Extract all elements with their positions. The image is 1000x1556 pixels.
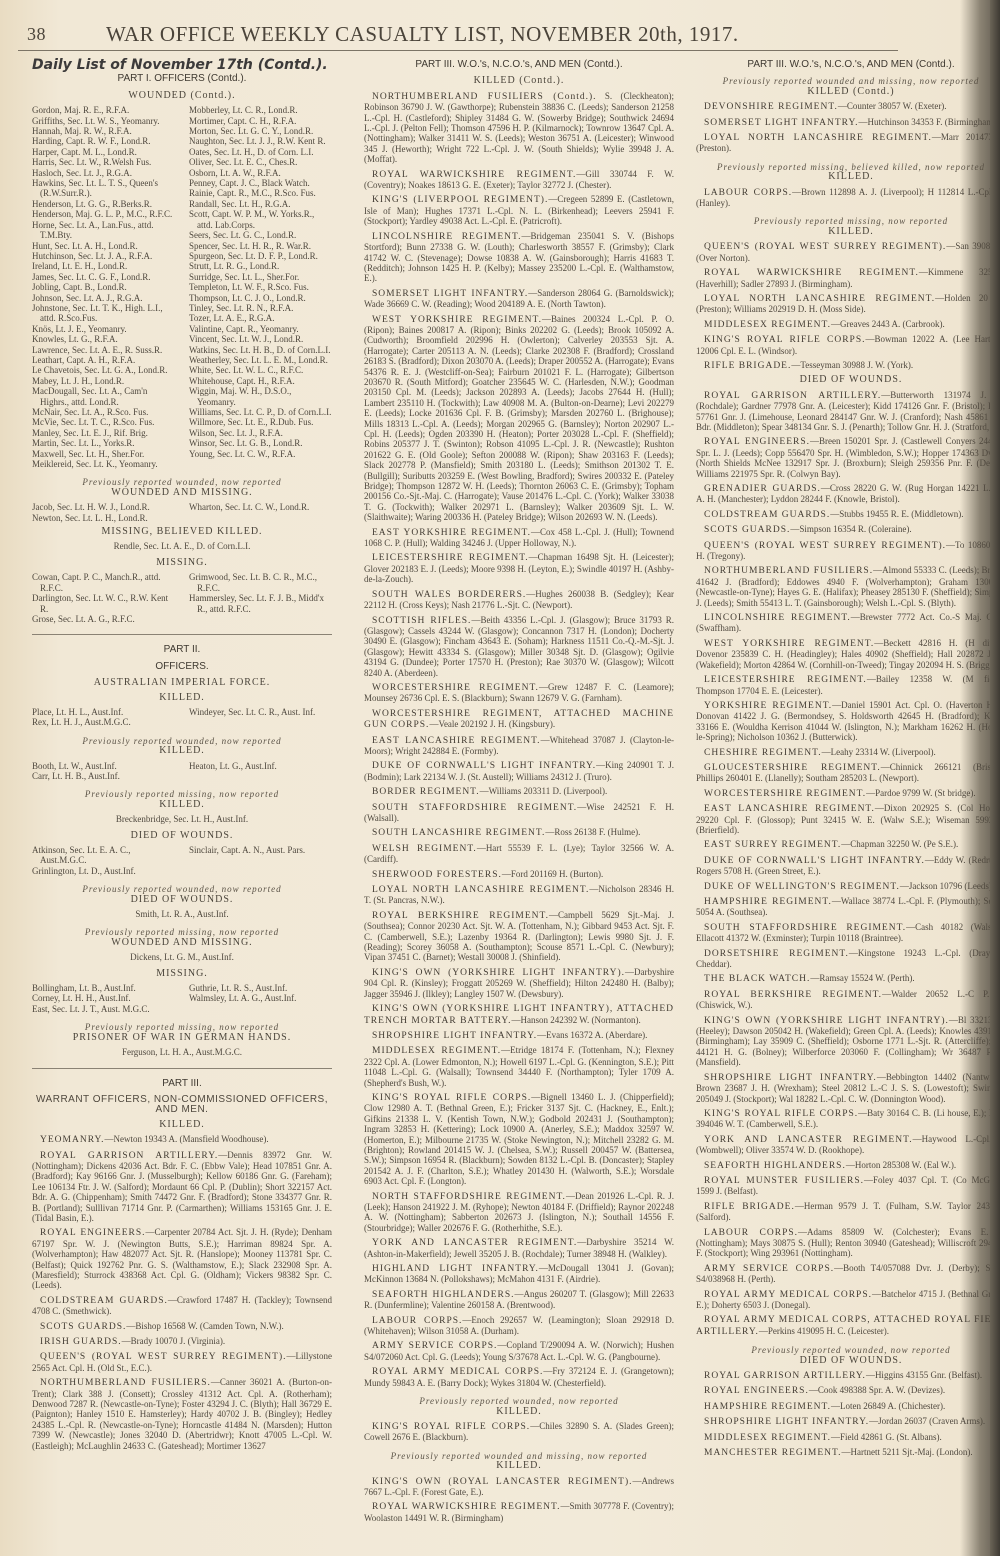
- name-list: Grimwood, Sec. Lt. B. C. R., M.C., R.F.C…: [189, 572, 332, 624]
- regiment-name: YORKSHIRE REGIMENT.: [704, 701, 832, 711]
- regiment-name: HIGHLAND LIGHT INFANTRY.: [372, 1264, 539, 1274]
- regiment-name: WORCESTERSHIRE REGIMENT.: [704, 789, 866, 799]
- casualty-name: Harris, Sec. Lt. W., R.Welsh Fus.: [32, 157, 175, 167]
- regiment-name: GRENADIER GUARDS.: [704, 484, 821, 494]
- killed-heading: KILLED.: [32, 1120, 332, 1130]
- regiment-entry: MIDDLESEX REGIMENT.—Greaves 2443 A. (Car…: [696, 319, 1000, 330]
- regiment-name: ROYAL ARMY MEDICAL CORPS.: [704, 1290, 872, 1300]
- regiment-name: ARMY SERVICE CORPS.: [372, 1341, 497, 1351]
- casualty-name: Booth, Lt. W., Aust.Inf.: [32, 761, 175, 771]
- name-list: Booth, Lt. W., Aust.Inf.Carr, Lt. H. B.,…: [32, 761, 175, 782]
- casualty-name: McNair, Sec. Lt. A., R.Sco. Fus.: [32, 407, 175, 417]
- killed-heading: KILLED.: [696, 172, 1000, 182]
- regiment-name: SEAFORTH HIGHLANDERS.: [372, 1290, 515, 1300]
- regiment-name: BORDER REGIMENT.: [372, 787, 480, 797]
- casualty-name: Atkinson, Sec. Lt. E. A. C., Aust.M.G.C.: [32, 845, 175, 866]
- casualty-details: —Hanson 242392 W. (Normanton).: [511, 1015, 640, 1025]
- regiment-name: DEVONSHIRE REGIMENT.: [704, 102, 838, 112]
- casualty-name: Rainie, Capt. R., M.C., R.Sco. Fus.: [189, 188, 332, 198]
- prev-wounded-killed-list: Booth, Lt. W., Aust.Inf.Carr, Lt. H. B.,…: [32, 761, 332, 782]
- regiment-name: SCOTS GUARDS.: [40, 1322, 126, 1332]
- casualty-name: Penney, Capt. J. C., Black Watch.: [189, 178, 332, 188]
- casualty-details: —Evans 16372 A. (Aberdare).: [537, 1030, 647, 1040]
- name-list: Windeyer, Sec. Lt. C. R., Aust. Inf.: [189, 707, 332, 728]
- casualty-details: —Perkins 419095 H. C. (Leicester).: [759, 1326, 889, 1336]
- regiment-entry: KING'S OWN (YORKSHIRE LIGHT INFANTRY).—B…: [696, 1015, 1000, 1068]
- regiment-entry: LINCOLNSHIRE REGIMENT.—Brewster 7772 Act…: [696, 612, 1000, 634]
- casualty-name: Mortimer, Capt. C. H., R.F.A.: [189, 116, 332, 126]
- casualty-details: S. (Cleckheaton); Robinson 36790 J. W. (…: [364, 91, 674, 164]
- regiment-entry: EAST SURREY REGIMENT.—Chapman 32250 W. (…: [696, 839, 1000, 850]
- regiment-name: WEST YORKSHIRE REGIMENT.: [704, 639, 874, 649]
- header-rule: [18, 50, 898, 51]
- regiment-entry: KING'S ROYAL RIFLE CORPS.—Baty 30164 C. …: [696, 1108, 1000, 1130]
- casualty-name: Guthrie, Lt. R. S., Aust.Inf.: [189, 983, 332, 993]
- regiment-entry: SHROPSHIRE LIGHT INFANTRY.—Evans 16372 A…: [364, 1030, 674, 1041]
- regiment-entry: BORDER REGIMENT.—Williams 203311 D. (Liv…: [364, 786, 674, 797]
- regiment-entry: WORCESTERSHIRE REGIMENT, ATTACHED MACHIN…: [364, 708, 674, 731]
- regiment-entry: LEICESTERSHIRE REGIMENT.—Chapman 16498 S…: [364, 552, 674, 584]
- regiment-entry: LINCOLNSHIRE REGIMENT.—Bridgeman 235041 …: [364, 231, 674, 284]
- regiment-name: SHERWOOD FORESTERS.: [372, 870, 502, 880]
- regiment-entry: SCOTTISH RIFLES.—Beith 43356 L.-Cpl. J. …: [364, 615, 674, 678]
- regiment-entry: YORK AND LANCASTER REGIMENT.—Haywood L.-…: [696, 1134, 1000, 1156]
- casualty-name: Johnstone, Sec. Lt. T. K., High. L.I., a…: [32, 303, 175, 324]
- casualty-details: —Jackson 10796 (Leeds).: [900, 881, 994, 891]
- name-list: Guthrie, Lt. R. S., Aust.Inf.Walmsley, L…: [189, 983, 332, 1014]
- casualty-name: Gordon, Maj. R. E., R.F.A.: [32, 105, 175, 115]
- regiment-name: YORK AND LANCASTER REGIMENT.: [704, 1135, 913, 1145]
- regiment-name: ROYAL WARWICKSHIRE REGIMENT.: [372, 1502, 560, 1512]
- casualty-name: Tinley, Sec. Lt. R. N., R.F.A.: [189, 303, 332, 313]
- casualty-name: Newton, Sec. Lt. L. H., Lond.R.: [32, 513, 175, 523]
- regiment-entry: ROYAL ARMY MEDICAL CORPS.—Batchelor 4715…: [696, 1289, 1000, 1311]
- casualty-details: —Greaves 2443 A. (Carbrook).: [831, 319, 945, 329]
- regiment-name: ROYAL WARWICKSHIRE REGIMENT.: [704, 268, 919, 278]
- casualty-name: Carr, Lt. H. B., Aust.Inf.: [32, 771, 175, 781]
- regiment-entry: MANCHESTER REGIMENT.—Hartnett 5211 Sjt.-…: [696, 1447, 1000, 1458]
- casualty-name: Oates, Sec. Lt. H., D. of Corn. L.I.: [189, 147, 332, 157]
- name-list: Cowan, Capt. P. C., Manch.R., attd. R.F.…: [32, 572, 175, 624]
- casualty-details: —Pardoe 9799 W. (St bridge).: [866, 788, 976, 798]
- regiment-name: KING'S ROYAL RIFLE CORPS.: [704, 1109, 858, 1119]
- casualty-name: Thompson, Lt. C. J. O., Lond.R.: [189, 293, 332, 303]
- pow-heading: PRISONER OF WAR IN GERMAN HANDS.: [32, 1033, 332, 1043]
- regiment-entry: HAMPSHIRE REGIMENT.—Loten 26849 A. (Chic…: [696, 1401, 1000, 1412]
- right-column: PART III. W.O.'s, N.C.O.'s, AND MEN (Con…: [696, 58, 1000, 1462]
- casualty-name: Naughton, Sec. Lt. J. J., R.W. Kent R.: [189, 136, 332, 146]
- casualty-name: Spurgeon, Sec. Lt. D. F. P., Lond.R.: [189, 251, 332, 261]
- regiment-entry: KING'S OWN (YORKSHIRE LIGHT INFANTRY).—D…: [364, 967, 674, 999]
- killed-heading: KILLED.: [32, 746, 332, 756]
- casualty-name: Rex, Lt. H. J., Aust.M.G.C.: [32, 717, 175, 727]
- wounded-list: Gordon, Maj. R. E., R.F.A.Griffiths, Sec…: [32, 105, 332, 469]
- casualty-details: —Hartnett 5211 Sjt.-Maj. (London).: [842, 1447, 973, 1457]
- killed-contd-heading: KILLED (Contd.).: [364, 76, 674, 86]
- regiment-entry: IRISH GUARDS.—Brady 10070 J. (Virginia).: [32, 1336, 332, 1347]
- regiment-name: NORTHUMBERLAND FUSILIERS.: [704, 566, 873, 576]
- casualty-details: —Dennis 83972 Gnr. W. (Nottingham); Dick…: [32, 1150, 332, 1223]
- name-list: Place, Lt. H. L., Aust.Inf.Rex, Lt. H. J…: [32, 707, 175, 728]
- casualty-details: —Counter 38057 W. (Exeter).: [838, 101, 947, 111]
- regiment-entry: ROYAL GARRISON ARTILLERY.—Higgins 43155 …: [696, 1370, 1000, 1381]
- regiment-name: MIDDLESEX REGIMENT.: [372, 1046, 501, 1056]
- killed-heading: KILLED.: [696, 227, 1000, 237]
- regiment-name: QUEEN'S (ROYAL WEST SURREY REGIMENT).: [40, 1352, 287, 1362]
- regiment-name: LABOUR CORPS.: [704, 1228, 798, 1238]
- regiment-entries: YEOMANRY.—Newton 19343 A. (Mansfield Woo…: [32, 1134, 332, 1451]
- casualty-details: —Cook 498388 Spr. A. W. (Devizes).: [809, 1385, 945, 1395]
- casualty-name: Weatherley, Sec. Lt. L. E. M., Lond.R.: [189, 355, 332, 365]
- regiment-entry: CHESHIRE REGIMENT.—Leahy 23314 W. (Liver…: [696, 747, 1000, 758]
- killed-heading: KILLED.: [32, 693, 332, 703]
- regiment-entry: ROYAL WARWICKSHIRE REGIMENT.—Gill 330744…: [364, 169, 674, 191]
- killed-heading: KILLED.: [32, 800, 332, 810]
- regiment-entry: KING'S OWN (ROYAL LANCASTER REGIMENT).—A…: [364, 1476, 674, 1498]
- section-rule: [32, 634, 332, 635]
- regiment-entry: SCOTS GUARDS.—Bishop 16568 W. (Camden To…: [32, 1321, 332, 1332]
- casualty-details: —Field 42861 G. (St. Albans).: [831, 1432, 942, 1442]
- regiment-name: NORTHUMBERLAND FUSILIERS.: [40, 1378, 211, 1388]
- regiment-name: DUKE OF CORNWALL'S LIGHT INFANTRY.: [704, 856, 925, 866]
- middle-column: PART III. W.O.'s, N.C.O.'s, AND MEN (Con…: [364, 58, 674, 1527]
- regiment-name: RIFLE BRIGADE.: [704, 361, 791, 371]
- regiment-name: THE BLACK WATCH.: [704, 974, 810, 984]
- killed-heading: KILLED.: [364, 1407, 674, 1417]
- regiment-entry: ROYAL BERKSHIRE REGIMENT.—Walder 20652 L…: [696, 989, 1000, 1011]
- regiment-entry: EAST LANCASHIRE REGIMENT.—Dixon 202925 S…: [696, 803, 1000, 835]
- casualty-name: Vincent, Sec. Lt. W. J., Lond.R.: [189, 334, 332, 344]
- part1-title: PART I. OFFICERS (Contd.).: [32, 74, 332, 84]
- casualty-name: Henderson, Maj. G. L. P., M.C., R.F.C.: [32, 209, 175, 219]
- regiment-entry: GRENADIER GUARDS.—Cross 28220 G. W. (Rug…: [696, 483, 1000, 505]
- regiment-entry: SOUTH STAFFORDSHIRE REGIMENT.—Wise 24252…: [364, 802, 674, 824]
- casualty-details: —Jordan 26037 (Craven Arms).: [869, 1416, 985, 1426]
- died-of-wounds-heading: DIED OF WOUNDS.: [32, 831, 332, 841]
- regiment-name: LINCOLNSHIRE REGIMENT.: [704, 613, 851, 623]
- regiment-name: QUEEN'S (ROYAL WEST SURREY REGIMENT).: [704, 541, 946, 551]
- regiment-entry: NORTH STAFFORDSHIRE REGIMENT.—Dean 20192…: [364, 1191, 674, 1234]
- regiment-name: LEICESTERSHIRE REGIMENT.: [704, 675, 867, 685]
- casualty-name: Wiggin, Maj. W. H., D.S.O., Yeomanry.: [189, 386, 332, 407]
- casualty-name: MacDougall, Sec. Lt. A., Cam'n Highrs., …: [32, 386, 175, 407]
- casualty-name: Mabey, Lt. J. H., Lond.R.: [32, 376, 175, 386]
- regiment-entries: KING'S OWN (ROYAL LANCASTER REGIMENT).—A…: [364, 1476, 674, 1524]
- casualty-details: —Stubbs 19455 R. E. (Middletown).: [830, 509, 963, 519]
- regiment-name: ROYAL ENGINEERS.: [704, 1386, 809, 1396]
- regiment-entry: ROYAL BERKSHIRE REGIMENT.—Campbell 5629 …: [364, 910, 674, 963]
- casualty-name: Surridge, Sec. Lt. L., Sher.For.: [189, 272, 332, 282]
- regiment-entry: ROYAL ENGINEERS.—Carpenter 20784 Act. Sj…: [32, 1227, 332, 1290]
- regiment-entry: RIFLE BRIGADE.—Herman 9579 J. T. (Fulham…: [696, 1201, 1000, 1223]
- casualty-name: Place, Lt. H. L., Aust.Inf.: [32, 707, 175, 717]
- wounded-heading: WOUNDED (Contd.).: [32, 91, 332, 101]
- casualty-name: Ireland, Lt. E. H., Lond.R.: [32, 261, 175, 271]
- casualty-name: Knowles, Lt. G., R.F.A.: [32, 334, 175, 344]
- part3-title: PART III.: [32, 1079, 332, 1089]
- regiment-entry: COLDSTREAM GUARDS.—Stubbs 19455 R. E. (M…: [696, 509, 1000, 520]
- part3-contd-title: PART III. W.O.'s, N.C.O.'s, AND MEN (Con…: [364, 60, 674, 70]
- regiment-entry: WORCESTERSHIRE REGIMENT.—Pardoe 9799 W. …: [696, 788, 1000, 799]
- casualty-name: Jobling, Capt. B., Lond.R.: [32, 282, 175, 292]
- missing-list: Cowan, Capt. P. C., Manch.R., attd. R.F.…: [32, 572, 332, 624]
- casualty-details: —Leahy 23314 W. (Liverpool).: [822, 747, 936, 757]
- casualty-name: Morton, Sec. Lt. G. C. Y., Lond.R.: [189, 126, 332, 136]
- regiment-entry: ARMY SERVICE CORPS.—Copland T/290094 A. …: [364, 1340, 674, 1362]
- casualty-name: Osborn, Lt. A. W., R.F.A.: [189, 168, 332, 178]
- casualty-details: —Canner 36021 A. (Burton-on-Trent); Clar…: [32, 1377, 332, 1450]
- regiment-name: YEOMANRY.: [40, 1135, 105, 1145]
- died-of-wounds-heading: DIED OF WOUNDS.: [696, 1356, 1000, 1366]
- casualty-name: James, Sec. Lt. C. G. F., Lond.R.: [32, 272, 175, 282]
- regiment-name: HAMPSHIRE REGIMENT.: [704, 1402, 831, 1412]
- casualty-name: Grimwood, Sec. Lt. B. C. R., M.C., R.F.C…: [189, 572, 332, 593]
- regiment-entries: ROYAL GARRISON ARTILLERY.—Higgins 43155 …: [696, 1370, 1000, 1458]
- missing-heading: MISSING.: [32, 969, 332, 979]
- casualty-name: Bollingham, Lt. B., Aust.Inf.: [32, 983, 175, 993]
- casualty-details: —Loten 26849 A. (Chichester).: [831, 1401, 945, 1411]
- casualty-name: Hannah, Maj. R. W., R.F.A.: [32, 126, 175, 136]
- regiment-name: KING'S ROYAL RIFLE CORPS.: [372, 1422, 530, 1432]
- wounded-missing-list: Jacob, Sec. Lt. H. W. J., Lond.R.Newton,…: [32, 502, 332, 523]
- regiment-name: EAST LANCASHIRE REGIMENT.: [704, 804, 875, 814]
- regiment-entry: HIGHLAND LIGHT INFANTRY.—McDougall 13041…: [364, 1263, 674, 1285]
- regiment-entry: EAST LANCASHIRE REGIMENT.—Whitehead 3708…: [364, 735, 674, 757]
- regiment-entry: ROYAL ENGINEERS.—Breen 150201 Spr. J. (C…: [696, 436, 1000, 479]
- wounded-missing-heading: WOUNDED AND MISSING.: [32, 488, 332, 498]
- regiment-name: LEICESTERSHIRE REGIMENT.: [372, 553, 529, 563]
- name-list: Sinclair, Capt. A. N., Aust. Pars.: [189, 845, 332, 876]
- regiment-entry: ROYAL ARMY MEDICAL CORPS.—Fry 372124 E. …: [364, 1366, 674, 1388]
- casualty-name: Harper, Capt. M. L., Lond.R.: [32, 147, 175, 157]
- regiment-entry: LOYAL NORTH LANCASHIRE REGIMENT.—Marr 20…: [696, 132, 1000, 154]
- casualty-name: Hammersley, Sec. Lt. F. J. B., Midd'x R.…: [189, 593, 332, 614]
- part3-contd-title: PART III. W.O.'s, N.C.O.'s, AND MEN (Con…: [696, 60, 1000, 70]
- casualty-name: Watkins, Sec. Lt. H. B., D. of Corn.L.I.: [189, 345, 332, 355]
- regiment-entry: SHERWOOD FORESTERS.—Ford 201169 H. (Burt…: [364, 869, 674, 880]
- casualty-name: Harding, Capt. R. W. F., Lond.R.: [32, 136, 175, 146]
- part2-title: PART II.: [32, 645, 332, 655]
- casualty-name: Griffiths, Sec. Lt. W. S., Yeomanry.: [32, 116, 175, 126]
- casualty-name: Hunt, Sec. Lt. A. H., Lond.R.: [32, 241, 175, 251]
- name-list: Jacob, Sec. Lt. H. W. J., Lond.R.Newton,…: [32, 502, 175, 523]
- regiment-name: COLDSTREAM GUARDS.: [40, 1296, 168, 1306]
- regiment-entry: ROYAL WARWICKSHIRE REGIMENT.—Kimmene 325…: [696, 267, 1000, 289]
- page-number: 38: [27, 24, 46, 45]
- regiment-name: QUEEN'S (ROYAL WEST SURREY REGIMENT).: [704, 242, 946, 252]
- regiment-name: COLDSTREAM GUARDS.: [704, 510, 830, 520]
- regiment-name: DUKE OF WELLINGTON'S REGIMENT.: [704, 882, 900, 892]
- regiment-entry: SEAFORTH HIGHLANDERS.—Horton 285308 W. (…: [696, 1160, 1000, 1171]
- casualty-name: Oliver, Sec. Lt. E. C., Ches.R.: [189, 157, 332, 167]
- regiment-name: YORK AND LANCASTER REGIMENT.: [372, 1238, 577, 1248]
- casualty-name: Lawrence, Sec. Lt. A. E., R. Suss.R.: [32, 345, 175, 355]
- regiment-name: SOUTH STAFFORDSHIRE REGIMENT.: [704, 923, 906, 933]
- regiment-name: EAST LANCASHIRE REGIMENT.: [372, 736, 541, 746]
- name-list: Heaton, Lt. G., Aust.Inf.: [189, 761, 332, 782]
- regiment-name: DUKE OF CORNWALL'S LIGHT INFANTRY.: [372, 761, 596, 771]
- casualty-name: Darlington, Sec. Lt. W. C., R.W. Kent R.: [32, 593, 175, 614]
- regiment-name: LABOUR CORPS.: [704, 188, 792, 198]
- regiment-name: ROYAL MUNSTER FUSILIERS.: [704, 1176, 864, 1186]
- regiment-entry: SCOTS GUARDS.—Simpson 16354 R. (Colerain…: [696, 524, 1000, 535]
- regiment-entries: NORTHUMBERLAND FUSILIERS (Contd.). S. (C…: [364, 91, 674, 1388]
- regiment-name: SCOTTISH RIFLES.: [372, 616, 471, 626]
- regiment-name: ROYAL BERKSHIRE REGIMENT.: [372, 911, 549, 921]
- casualty-details: —Ross 26138 F. (Hulme).: [545, 827, 640, 837]
- casualty-name: Spencer, Sec. Lt. H. R., R. War.R.: [189, 241, 332, 251]
- casualty-details: —Ford 201169 H. (Burton).: [502, 869, 603, 879]
- regiment-entry: MIDDLESEX REGIMENT.—Etridge 18174 F. (To…: [364, 1045, 674, 1088]
- regiment-name: KING'S OWN (YORKSHIRE LIGHT INFANTRY).: [704, 1016, 949, 1026]
- regiment-name: LINCOLNSHIRE REGIMENT.: [372, 232, 521, 242]
- casualty-name: Le Chavetois, Sec. Lt. G. A., Lond.R.: [32, 365, 175, 375]
- regiment-entry: SOMERSET LIGHT INFANTRY.—Hutchinson 3435…: [696, 117, 1000, 128]
- regiment-entry: SOUTH LANCASHIRE REGIMENT.—Ross 26138 F.…: [364, 827, 674, 838]
- regiment-entry: ROYAL GARRISON ARTILLERY.—Dennis 83972 G…: [32, 1150, 332, 1224]
- page-title: WAR OFFICE WEEKLY CASUALTY LIST, NOVEMBE…: [106, 22, 739, 47]
- casualty-name: Hawkins, Sec. Lt. L. T. S., Queen's (R.W…: [32, 178, 175, 199]
- regiment-entry: DEVONSHIRE REGIMENT.—Counter 38057 W. (E…: [696, 101, 1000, 112]
- regiment-entry: ROYAL ARMY MEDICAL CORPS, ATTACHED ROYAL…: [696, 1314, 1000, 1337]
- regiment-name: KING'S (LIVERPOOL REGIMENT).: [372, 195, 548, 205]
- regiment-entry: HAMPSHIRE REGIMENT.—Wallace 38774 L.-Cpl…: [696, 896, 1000, 918]
- casualty-name: Corney, Lt. H. H., Aust.Inf.: [32, 993, 175, 1003]
- regiment-name: MIDDLESEX REGIMENT.: [704, 1433, 831, 1443]
- casualty-name: Wharton, Sec. Lt. C. W., Lond.R.: [189, 502, 332, 512]
- regiment-entry: KING'S ROYAL RIFLE CORPS.—Bowman 12022 A…: [696, 334, 1000, 356]
- regiment-entry: KING'S OWN (YORKSHIRE LIGHT INFANTRY), A…: [364, 1003, 674, 1026]
- casualty-details: —Veale 202192 J. H. (Kingsbury).: [429, 719, 555, 729]
- pow-name: Ferguson, Lt. H. A., Aust.M.G.C.: [32, 1047, 332, 1057]
- casualty-name: Grose, Sec. Lt. A. G., R.F.C.: [32, 614, 175, 624]
- regiment-entry: DORSETSHIRE REGIMENT.—Kingstone 19243 L.…: [696, 948, 1000, 970]
- regiment-entry: ROYAL ENGINEERS.—Cook 498388 Spr. A. W. …: [696, 1385, 1000, 1396]
- regiment-name: GLOUCESTERSHIRE REGIMENT.: [704, 763, 881, 773]
- regiment-name: ROYAL GARRISON ARTILLERY.: [704, 391, 881, 401]
- regiment-entry: LABOUR CORPS.—Enoch 292657 W. (Leamingto…: [364, 1315, 674, 1337]
- casualty-name: Johnson, Sec. Lt. A. J., R.G.A.: [32, 293, 175, 303]
- regiment-entry: NORTHUMBERLAND FUSILIERS (Contd.). S. (C…: [364, 91, 674, 165]
- casualty-name: Cowan, Capt. P. C., Manch.R., attd. R.F.…: [32, 572, 175, 593]
- regiment-name: LOYAL NORTH LANCASHIRE REGIMENT.: [704, 133, 932, 143]
- regiment-name: SHROPSHIRE LIGHT INFANTRY.: [704, 1073, 877, 1083]
- regiment-name: SHROPSHIRE LIGHT INFANTRY.: [704, 1417, 869, 1427]
- casualty-details: —Bignell 13460 L. J. (Chipperfield); Clo…: [364, 1092, 674, 1186]
- regiment-entry: DUKE OF CORNWALL'S LIGHT INFANTRY.—Eddy …: [696, 855, 1000, 877]
- missing-heading: MISSING.: [32, 558, 332, 568]
- regiment-name: SCOTS GUARDS.: [704, 525, 790, 535]
- casualty-name: Jacob, Sec. Lt. H. W. J., Lond.R.: [32, 502, 175, 512]
- name-list: Gordon, Maj. R. E., R.F.A.Griffiths, Sec…: [32, 105, 175, 469]
- regiment-name: DORSETSHIRE REGIMENT.: [704, 949, 849, 959]
- casualty-name: Scott, Capt. W. P. M., W. Yorks.R., attd…: [189, 209, 332, 230]
- regiment-entry: GLOUCESTERSHIRE REGIMENT.—Chinnick 26612…: [696, 762, 1000, 784]
- prev-reported-note: Previously reported wounded, now reporte…: [364, 1396, 674, 1406]
- regiment-name: WEST YORKSHIRE REGIMENT.: [372, 315, 542, 325]
- casualty-name: Wilson, Sec. Lt. J., R.F.A.: [189, 428, 332, 438]
- casualty-details: —Brady 10070 J. (Virginia).: [122, 1336, 226, 1346]
- casualty-name: Grinlington, Lt. D., Aust.Inf.: [32, 866, 175, 876]
- casualty-name: Walmsley, Lt. A. G., Aust.Inf.: [189, 993, 332, 1003]
- regiment-name: WORCESTERSHIRE REGIMENT.: [372, 683, 539, 693]
- regiment-entries: DEVONSHIRE REGIMENT.—Counter 38057 W. (E…: [696, 101, 1000, 154]
- regiment-entry: THE BLACK WATCH.—Ramsay 15524 W. (Perth)…: [696, 973, 1000, 984]
- regiment-name: IRISH GUARDS.: [40, 1337, 122, 1347]
- regiment-entries: LABOUR CORPS.—Brown 112898 A. J. (Liverp…: [696, 187, 1000, 209]
- died-of-wounds-heading: DIED OF WOUNDS.: [696, 375, 1000, 385]
- regiment-entry: WEST YORKSHIRE REGIMENT.—Beckett 42816 H…: [696, 638, 1000, 670]
- regiment-name: MANCHESTER REGIMENT.: [704, 1448, 842, 1458]
- regiment-name: SOMERSET LIGHT INFANTRY.: [372, 289, 528, 299]
- regiment-entries: QUEEN'S (ROYAL WEST SURREY REGIMENT).—Sa…: [696, 241, 1000, 371]
- book-spine-shadow: [990, 0, 1000, 1556]
- regiment-name: LOYAL NORTH LANCASHIRE REGIMENT.: [704, 294, 935, 304]
- casualty-name: Strutt, Lt. R. G., Lond.R.: [189, 261, 332, 271]
- regiment-name: ROYAL ENGINEERS.: [40, 1228, 146, 1238]
- regiment-name: ROYAL WARWICKSHIRE REGIMENT.: [372, 170, 576, 180]
- regiment-entry: QUEEN'S (ROYAL WEST SURREY REGIMENT).—To…: [696, 540, 1000, 562]
- casualty-name: Horne, Sec. Lt. A., Lan.Fus., attd. T.M.…: [32, 220, 175, 241]
- regiment-entry: YEOMANRY.—Newton 19343 A. (Mansfield Woo…: [32, 1134, 332, 1145]
- regiment-name: LABOUR CORPS.: [372, 1316, 462, 1326]
- casualty-details: —Higgins 43155 Gnr. (Belfast).: [866, 1370, 982, 1380]
- regiment-name: EAST SURREY REGIMENT.: [704, 840, 841, 850]
- regiment-name: NORTHUMBERLAND FUSILIERS (Contd.).: [372, 92, 597, 102]
- casualty-name: Tozer, Lt. A. E., R.G.A.: [189, 313, 332, 323]
- section-rule: [32, 1068, 332, 1069]
- casualty-details: —Ramsay 15524 W. (Perth).: [810, 973, 914, 983]
- casualty-name: Templeton, Lt. W. F., R.Sco. Fus.: [189, 282, 332, 292]
- regiment-name: ROYAL BERKSHIRE REGIMENT.: [704, 990, 882, 1000]
- regiment-name: SHROPSHIRE LIGHT INFANTRY.: [372, 1031, 537, 1041]
- regiment-name: ROYAL GARRISON ARTILLERY.: [704, 1371, 866, 1381]
- casualty-name: Windeyer, Sec. Lt. C. R., Aust. Inf.: [189, 707, 332, 717]
- casualty-details: —Simpson 16354 R. (Coleraine).: [790, 524, 911, 534]
- aif-missing-list: Bollingham, Lt. B., Aust.Inf.Corney, Lt.…: [32, 983, 332, 1014]
- regiment-entry: WELSH REGIMENT.—Hart 55539 F. L. (Lye); …: [364, 843, 674, 865]
- casualty-name: Meiklereid, Sec. Lt. K., Yeomanry.: [32, 459, 175, 469]
- casualty-name: White, Sec. Lt. W. L. C., R.F.C.: [189, 365, 332, 375]
- casualty-name: East, Sec. Lt. J. T., Aust. M.G.C.: [32, 1004, 175, 1014]
- regiment-entry: SHROPSHIRE LIGHT INFANTRY.—Bebbington 14…: [696, 1072, 1000, 1104]
- killed-contd-heading: KILLED (Contd.): [696, 87, 1000, 97]
- regiment-entry: NORTHUMBERLAND FUSILIERS.—Canner 36021 A…: [32, 1377, 332, 1451]
- casualty-name: Heaton, Lt. G., Aust.Inf.: [189, 761, 332, 771]
- casualty-details: —Horton 285308 W. (Eal W.).: [846, 1160, 956, 1170]
- casualty-name: Hasloch, Sec. Lt. J., R.G.A.: [32, 168, 175, 178]
- regiment-name: SOUTH WALES BORDERERS.: [372, 590, 526, 600]
- casualty-name: Randall, Sec. Lt. H., R.G.A.: [189, 199, 332, 209]
- regiment-name: ARMY SERVICE CORPS.: [704, 1264, 834, 1274]
- casualty-details: —Bishop 16568 W. (Camden Town, N.W.).: [126, 1321, 283, 1331]
- casualty-name: Hutchinson, Sec. Lt. J. A., R.F.A.: [32, 251, 175, 261]
- regiment-entry: QUEEN'S (ROYAL WEST SURREY REGIMENT).—Sa…: [696, 241, 1000, 263]
- prev-missing-wm-name: Dickens, Lt. G. M., Aust.Inf.: [32, 952, 332, 962]
- casualty-details: —Hutchinson 34353 F. (Birmingham).: [858, 117, 998, 127]
- regiment-entry: WEST YORKSHIRE REGIMENT.—Baines 200324 L…: [364, 314, 674, 523]
- casualty-name: Maxwell, Sec. Lt. H., Sher.For.: [32, 449, 175, 459]
- casualty-details: —Tesseyman 30988 J. W. (York).: [791, 360, 913, 370]
- regiment-entry: SEAFORTH HIGHLANDERS.—Angus 260207 T. (G…: [364, 1289, 674, 1311]
- name-list: Mobberley, Lt. C. R., Lond.R.Mortimer, C…: [189, 105, 332, 469]
- died-of-wounds-heading: DIED OF WOUNDS.: [32, 895, 332, 905]
- daily-list-title: Daily List of November 17th (Contd.).: [32, 60, 332, 70]
- regiment-name: KING'S ROYAL RIFLE CORPS.: [704, 335, 866, 345]
- regiment-name: SEAFORTH HIGHLANDERS.: [704, 1161, 846, 1171]
- casualty-name: Williams, Sec. Lt. C. P., D. of Corn.L.I…: [189, 407, 332, 417]
- name-list: Atkinson, Sec. Lt. E. A. C., Aust.M.G.C.…: [32, 845, 175, 876]
